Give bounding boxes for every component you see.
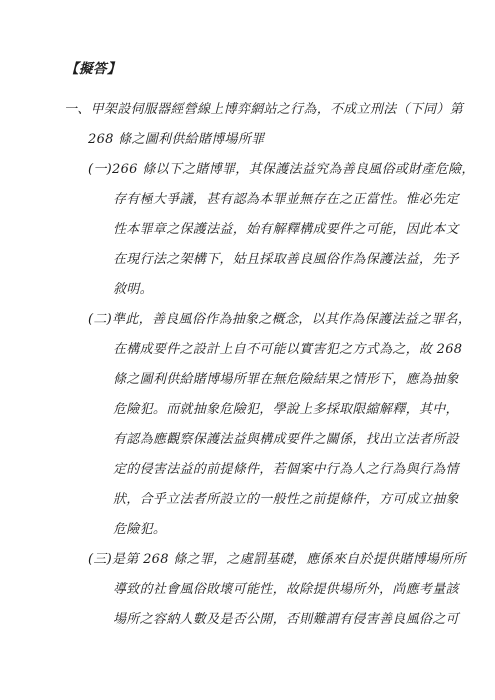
text-line: 場所之容納人數及是否公開，否則難謂有侵害善良風俗之可 <box>113 605 495 635</box>
text-line: 條之圖利供給賭博場所罪在無危險結果之情形下，應為抽象 <box>113 365 495 395</box>
text-line: 存有極大爭議，甚有認為本罪並無存在之正當性。惟必先定 <box>113 185 495 215</box>
text-line: 危險犯。 <box>113 515 495 545</box>
text-line: 在構成要件之設計上自不可能以實害犯之方式為之，故 268 <box>113 335 495 365</box>
answer-title: 【擬答】 <box>65 56 121 82</box>
text-line: 危險犯。而就抽象危險犯，學說上多採取限縮解釋，其中， <box>113 395 495 425</box>
text-line: 在現行法之架構下，姑且採取善良風俗作為保護法益，先予 <box>113 245 495 275</box>
text-line: (二)準此，善良風俗作為抽象之概念，以其作為保護法益之罪名， <box>88 305 495 335</box>
text-line: 導致的社會風俗敗壞可能性，故除提供場所外，尚應考量該 <box>113 575 495 605</box>
answer-body: 一、甲架設伺服器經營線上博弈網站之行為，不成立刑法（下同）第 268 條之圖利供… <box>0 95 495 635</box>
text-line: (一)266 條以下之賭博罪，其保護法益究為善良風俗或財產危險， <box>88 155 495 185</box>
text-line: 敘明。 <box>113 275 495 305</box>
document-page: 【擬答】 一、甲架設伺服器經營線上博弈網站之行為，不成立刑法（下同）第 268 … <box>0 0 495 700</box>
text-line: 268 條之圖利供給賭博場所罪 <box>88 125 495 155</box>
text-line: (三)是第 268 條之罪，之處罰基礎，應係來自於提供賭博場所所 <box>88 545 495 575</box>
text-line: 性本罪章之保護法益，始有解釋構成要件之可能，因此本文 <box>113 215 495 245</box>
text-line: 定的侵害法益的前提條件，若個案中行為人之行為與行為情 <box>113 455 495 485</box>
text-line: 狀，合乎立法者所設立的一般性之前提條件，方可成立抽象 <box>113 485 495 515</box>
text-line: 有認為應觀察保護法益與構成要件之關係，找出立法者所設 <box>113 425 495 455</box>
text-line: 一、甲架設伺服器經營線上博弈網站之行為，不成立刑法（下同）第 <box>64 95 495 125</box>
